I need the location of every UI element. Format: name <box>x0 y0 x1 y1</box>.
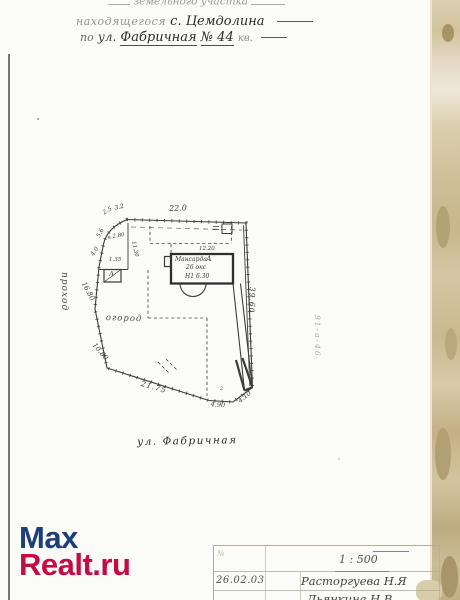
dim-right: 39.60 <box>248 287 256 314</box>
watermark-line2: Realt.ru <box>19 551 130 578</box>
scanned-plan-page: { "header": { "line1": "земельного участ… <box>0 0 460 600</box>
scale-underline <box>335 555 389 572</box>
plot-drawing <box>0 0 460 600</box>
shed-letter: А <box>109 271 114 278</box>
passage-label: проход <box>59 272 68 311</box>
street-name-label: ул. Фабричная <box>137 435 238 447</box>
title-block: № 1 : 500 26.02.03 Расторгуева Н.Я Дьянк… <box>213 545 440 600</box>
date-value: 26.02.03 <box>216 576 265 586</box>
garden-label: огород <box>106 314 143 324</box>
building-letter: А <box>206 255 212 263</box>
tick-number-a: 2 <box>220 387 223 392</box>
fence-ticks <box>95 220 253 403</box>
maxrealt-watermark: Max Realt.ru <box>19 524 130 578</box>
title-block-note: № <box>217 550 225 558</box>
building-area: 26 окс <box>186 265 206 271</box>
dim-building-top: 12.20 <box>199 247 215 253</box>
table-border <box>439 545 440 600</box>
table-border <box>265 545 266 600</box>
well-square <box>222 224 232 234</box>
top-inner-dashed-line <box>131 227 242 230</box>
building-height: Н1 6.30 <box>185 274 209 280</box>
table-border <box>213 571 440 572</box>
surveyor-name: Расторгуева Н.Я <box>301 576 407 588</box>
building-name: Мансарда <box>175 257 207 263</box>
building-bay-arc <box>180 284 206 297</box>
table-border <box>213 590 440 591</box>
dim-inner-a: 1.35 <box>109 258 121 264</box>
neighbor-plot-number: 91-а-46 <box>314 315 322 358</box>
internal-dashed-lines <box>148 226 232 396</box>
checker-name: Дьянкина Н.В <box>307 594 392 600</box>
table-dash <box>373 535 409 552</box>
plot-boundary <box>95 220 253 403</box>
table-border <box>213 545 214 600</box>
dim-cut-b: 4.90 <box>210 401 225 409</box>
dim-top: 22.0 <box>169 204 187 213</box>
